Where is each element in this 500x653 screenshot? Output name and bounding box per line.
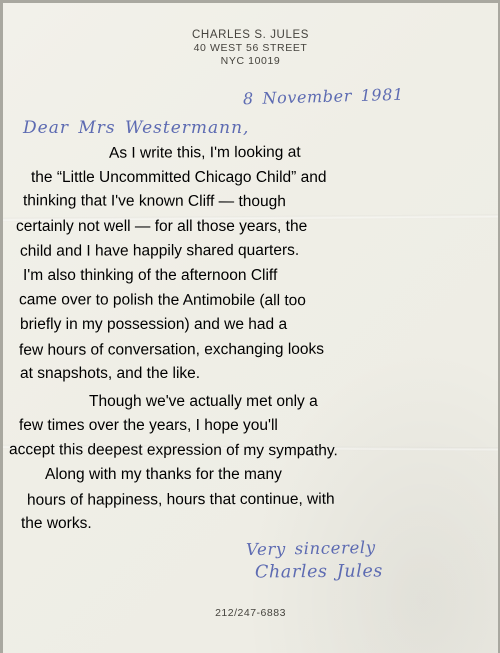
letterhead-name: CHARLES S. JULES	[3, 29, 498, 42]
salutation: Dear Mrs Westermann,	[23, 118, 249, 138]
letter-line: at snapshots, and the like.	[3, 362, 498, 387]
letter-line: few hours of conversation, exchanging lo…	[3, 337, 498, 363]
letter-line: As I write this, I'm looking at	[3, 140, 498, 167]
letter-line: Though we've actually met only a	[3, 387, 498, 414]
letter-line: the “Little Uncommitted Chicago Child” a…	[3, 166, 498, 191]
letter-line: thinking that I've known Cliff — though	[3, 189, 498, 215]
letter-line: briefly in my possession) and we had a	[3, 313, 498, 338]
letter-body: As I write this, I'm looking at the “Lit…	[3, 141, 498, 537]
valediction: Very sincerely	[246, 538, 376, 559]
letterhead-city: NYC 10019	[3, 55, 498, 68]
handwritten-date: 8 November 1981	[243, 85, 404, 108]
signature: Charles Jules	[255, 561, 383, 582]
letter-line: certainly not well — for all those years…	[3, 215, 498, 240]
letter-line: accept this deepest expression of my sym…	[3, 438, 498, 464]
letter-line: came over to polish the Antimobile (all …	[3, 288, 498, 314]
letterhead-street: 40 WEST 56 STREET	[3, 42, 498, 55]
letter-paper: CHARLES S. JULES 40 WEST 56 STREET NYC 1…	[3, 3, 498, 653]
letter-line: hours of happiness, hours that continue,…	[3, 487, 498, 513]
letterhead: CHARLES S. JULES 40 WEST 56 STREET NYC 1…	[3, 29, 498, 67]
phone-number: 212/247-6883	[3, 607, 498, 619]
letter-line: Along with my thanks for the many	[3, 463, 498, 488]
scan-background: { "letterhead": { "name": "CHARLES S. JU…	[0, 0, 500, 653]
letter-line: the works.	[3, 512, 498, 537]
letter-line: I'm also thinking of the afternoon Cliff	[3, 264, 498, 289]
letter-line: child and I have happily shared quarters…	[3, 239, 498, 265]
letter-line: few times over the years, I hope you'll	[3, 414, 498, 439]
